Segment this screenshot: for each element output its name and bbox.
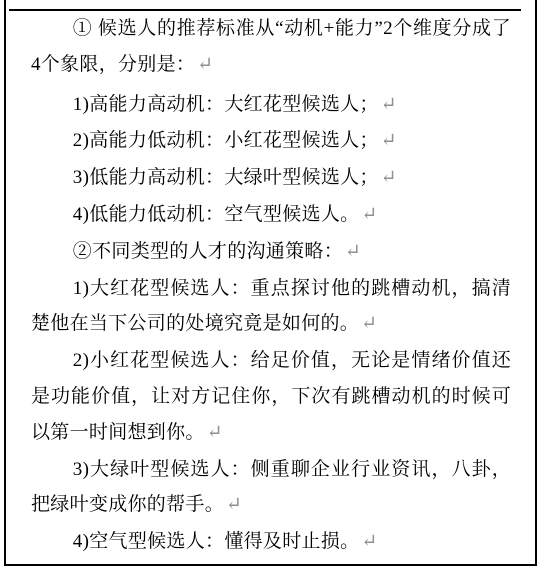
paragraph: 3)低能力高动机：大绿叶型候选人；↵ <box>31 160 511 196</box>
paragraph-text: 4)低能力低动机：空气型候选人。 <box>73 204 360 225</box>
line-break-mark: ↵ <box>381 94 397 115</box>
document-page: ① 候选人的推荐标准从“动机+能力”2个维度分成了4个象限，分别是：↵ 1)高能… <box>0 0 543 573</box>
line-break-mark: ↵ <box>381 130 397 151</box>
paragraph: ②不同类型的人才的沟通策略：↵ <box>31 234 511 270</box>
paragraph: 2)小红花型候选人：给足价值，无论是情绪价值还是功能价值，让对方记住你，下次有跳… <box>31 343 511 450</box>
paragraph: 2)高能力低动机：小红花型候选人；↵ <box>31 123 511 159</box>
document-content: ① 候选人的推荐标准从“动机+能力”2个维度分成了4个象限，分别是：↵ 1)高能… <box>31 11 511 561</box>
paragraph-text: 3)低能力高动机：大绿叶型候选人； <box>73 167 379 188</box>
line-break-mark: ↵ <box>197 54 213 75</box>
paragraph-text: 3)大绿叶型候选人：侧重聊企业行业资讯，八卦，把绿叶变成你的帮手。 <box>31 459 511 516</box>
table-border-right <box>535 0 537 566</box>
paragraph-text: ① 候选人的推荐标准从“动机+能力”2个维度分成了4个象限，分别是： <box>31 18 511 75</box>
table-border-bottom <box>4 564 537 566</box>
line-break-mark: ↵ <box>226 494 242 515</box>
line-break-mark: ↵ <box>361 204 377 225</box>
line-break-mark: ↵ <box>361 531 377 552</box>
paragraph-text: 2)小红花型候选人：给足价值，无论是情绪价值还是功能价值，让对方记住你，下次有跳… <box>31 350 511 443</box>
paragraph: 1)高能力高动机：大红花型候选人；↵ <box>31 87 511 123</box>
paragraph: 4)空气型候选人：懂得及时止损。↵ <box>31 524 511 560</box>
paragraph-text: ②不同类型的人才的沟通策略： <box>73 241 343 262</box>
paragraph-text: 4)空气型候选人：懂得及时止损。 <box>73 531 360 552</box>
line-break-mark: ↵ <box>345 241 361 262</box>
paragraph: 1)大红花型候选人：重点探讨他的跳槽动机，搞清楚他在当下公司的处境究竟是如何的。… <box>31 271 511 343</box>
paragraph: 3)大绿叶型候选人：侧重聊企业行业资讯，八卦，把绿叶变成你的帮手。↵ <box>31 452 511 524</box>
paragraph: 4)低能力低动机：空气型候选人。↵ <box>31 197 511 233</box>
line-break-mark: ↵ <box>381 167 397 188</box>
line-break-mark: ↵ <box>361 313 377 334</box>
paragraph-text: 2)高能力低动机：小红花型候选人； <box>73 130 379 151</box>
paragraph-text: 1)大红花型候选人：重点探讨他的跳槽动机，搞清楚他在当下公司的处境究竟是如何的。 <box>31 278 511 335</box>
paragraph-text: 1)高能力高动机：大红花型候选人； <box>73 94 379 115</box>
paragraph: ① 候选人的推荐标准从“动机+能力”2个维度分成了4个象限，分别是：↵ <box>31 11 511 83</box>
table-border-left <box>4 0 6 566</box>
line-break-mark: ↵ <box>207 422 223 443</box>
